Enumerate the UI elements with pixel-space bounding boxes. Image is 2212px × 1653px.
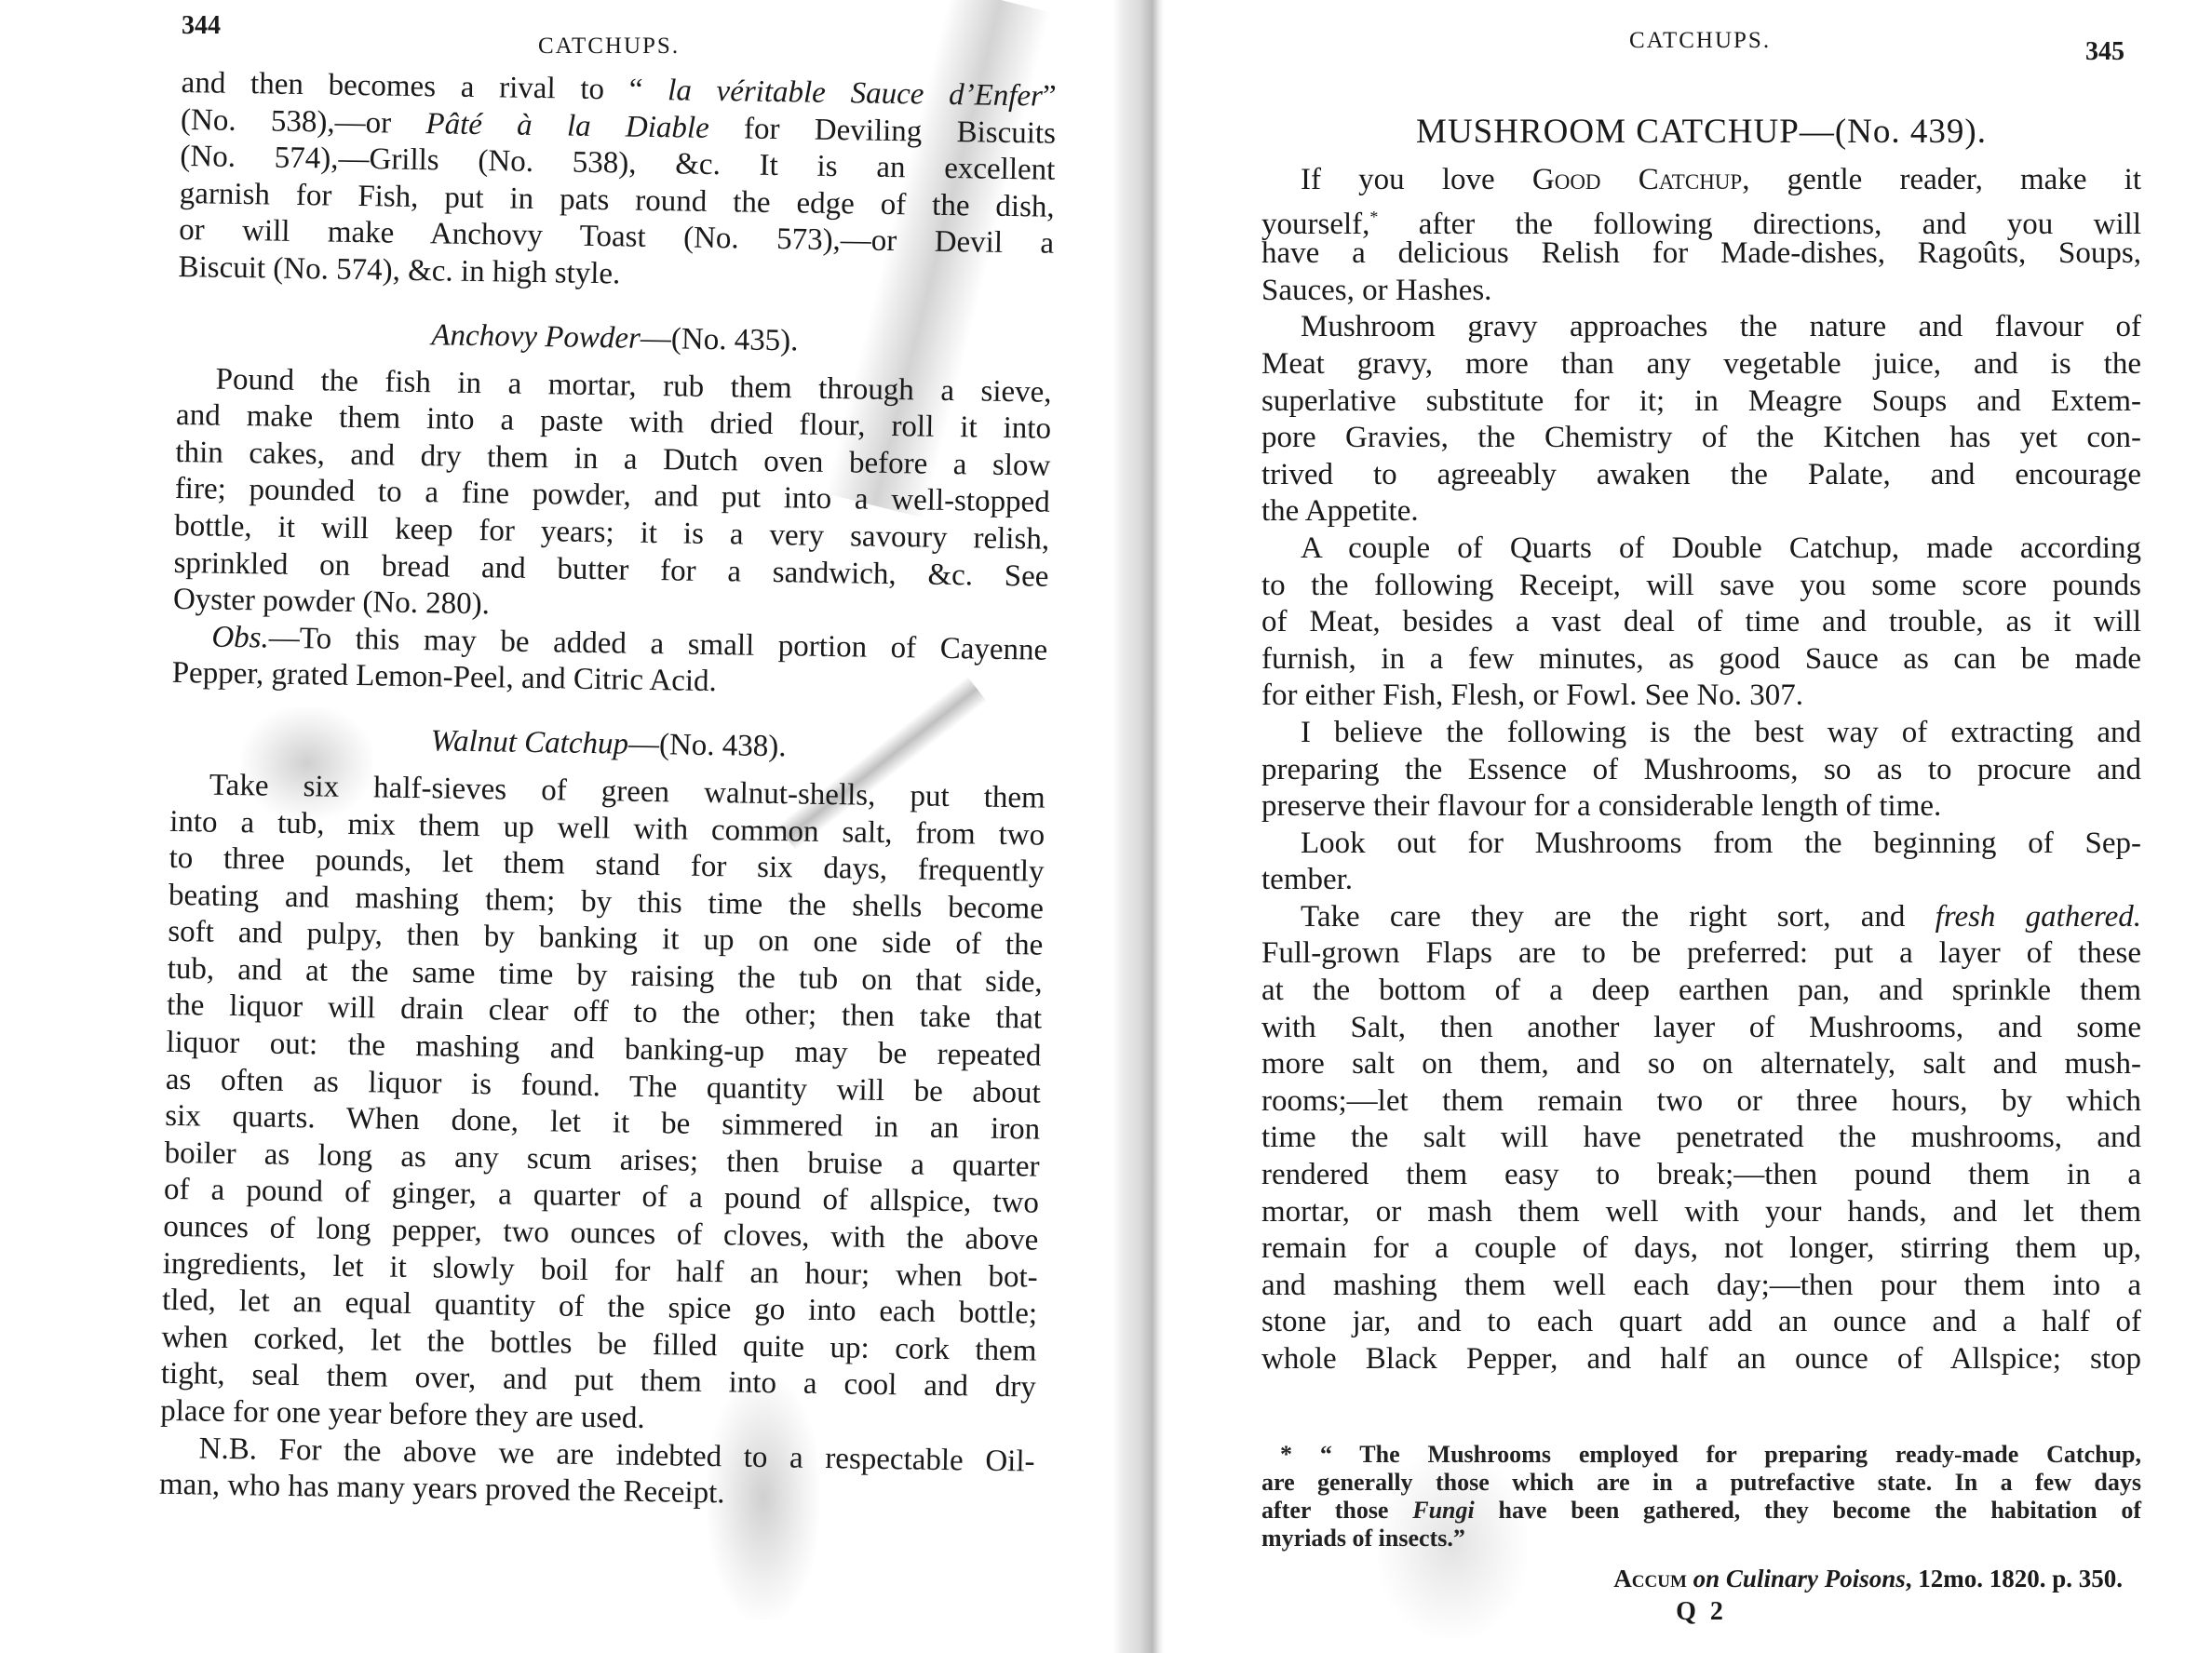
footnote-line: myriads of insects.” <box>1261 1525 2141 1552</box>
text-line: at the bottom of a deep earthen pan, and… <box>1261 973 2141 1010</box>
text-line: I believe the following is the best way … <box>1261 715 2141 752</box>
walnut-catchup-text: Take six half-sieves of green walnut-she… <box>160 767 1045 1444</box>
footnote: * “ The Mushrooms employed for preparing… <box>1261 1441 2141 1627</box>
text-line: Mushroom gravy approaches the nature and… <box>1261 309 2141 346</box>
text-line: furnish, in a few minutes, as good Sauce… <box>1261 641 2141 679</box>
page-number-left: 344 <box>182 11 221 41</box>
text-line: preparing the Essence of Mushrooms, so a… <box>1261 752 2141 789</box>
styled-text: fresh gathered. <box>1935 900 2141 934</box>
signature-mark: Q 2 <box>1261 1597 2141 1627</box>
text-line: remain for a couple of days, not longer,… <box>1261 1230 2141 1268</box>
text-line: Take care they are the right sort, and f… <box>1261 899 2141 936</box>
heading-number: —(No. 435). <box>641 321 799 357</box>
text-line: with Salt, then another layer of Mushroo… <box>1261 1010 2141 1047</box>
text-line: mortar, or mash them well with your hand… <box>1261 1194 2141 1231</box>
text-line: If you love Good Catchup, gentle reader,… <box>1261 162 2141 199</box>
obs-label: Obs. <box>211 620 269 654</box>
recipe-title: MUSHROOM CATCHUP—(No. 439). <box>1261 110 2141 155</box>
footnote-line: after those Fungi have been gathered, th… <box>1261 1497 2141 1525</box>
text-line: tember. <box>1261 862 2141 899</box>
section-heading-anchovy-powder: Anchovy Powder—(No. 435). <box>177 311 1053 366</box>
section-heading-walnut-catchup: Walnut Catchup—(No. 438). <box>170 717 1046 772</box>
heading-title: Walnut Catchup <box>430 724 628 760</box>
paragraph: I believe the following is the best way … <box>1261 715 2141 826</box>
text-line: to the following Receipt, will save you … <box>1261 568 2141 605</box>
text-line: yourself,* after the following direction… <box>1261 199 2141 236</box>
citation-author: Accum <box>1613 1565 1687 1593</box>
footnote-line: are generally those which are in a putre… <box>1261 1469 2141 1497</box>
running-head-left: CATCHUPS. <box>538 34 680 60</box>
paragraph: Mushroom gravy approaches the nature and… <box>1261 309 2141 531</box>
page-number-right: 345 <box>2085 37 2124 67</box>
running-head-right: CATCHUPS. <box>1629 28 1771 54</box>
text-line: Look out for Mushrooms from the beginnin… <box>1261 826 2141 863</box>
text-line: A couple of Quarts of Double Catchup, ma… <box>1261 531 2141 568</box>
text-line: preserve their flavour for a considerabl… <box>1261 788 2141 826</box>
styled-text: Fungi <box>1412 1497 1475 1524</box>
footnote-marker: * <box>1369 208 1378 226</box>
nb-note: N.B. For the above we are indebted to a … <box>159 1430 1035 1517</box>
text-line: for either Fish, Flesh, or Fowl. See No.… <box>1261 678 2141 715</box>
text-line: stone jar, and to each quart add an ounc… <box>1261 1304 2141 1341</box>
paragraph: Look out for Mushrooms from the beginnin… <box>1261 826 2141 899</box>
text-line: and mashing them well each day;—then pou… <box>1261 1268 2141 1305</box>
text-line: more salt on them, and so on alternately… <box>1261 1046 2141 1083</box>
heading-title: Anchovy Powder <box>431 318 641 356</box>
text-line: have a delicious Relish for Made-dishes,… <box>1261 235 2141 273</box>
text-line: time the salt will have penetrated the m… <box>1261 1120 2141 1157</box>
left-page-body: and then becomes a rival to “ la véritab… <box>159 65 1057 1517</box>
paragraph: Take care they are the right sort, and f… <box>1261 899 2141 1378</box>
anchovy-powder-text: Pound the fish in a mortar, rub them thr… <box>173 361 1052 633</box>
styled-text: la véritable Sauce d’Enfer <box>668 74 1043 113</box>
right-page-body: MUSHROOM CATCHUP—(No. 439). If you love … <box>1261 110 2141 1378</box>
text-line: of Meat, besides a vast deal of time and… <box>1261 604 2141 641</box>
paragraph: A couple of Quarts of Double Catchup, ma… <box>1261 531 2141 715</box>
text-line: Full-grown Flaps are to be preferred: pu… <box>1261 935 2141 973</box>
text-line: whole Black Pepper, and half an ounce of… <box>1261 1341 2141 1378</box>
right-page: CATCHUPS. 345 MUSHROOM CATCHUP—(No. 439)… <box>1154 0 2212 1653</box>
footnote-text: * “ The Mushrooms employed for preparing… <box>1261 1441 2141 1552</box>
heading-number: —(No. 438). <box>628 728 787 764</box>
mushroom-catchup-text: If you love Good Catchup, gentle reader,… <box>1261 162 2141 1378</box>
text-line: superlative substitute for it; in Meagre… <box>1261 383 2141 421</box>
continuation-text: and then becomes a rival to “ la véritab… <box>178 65 1057 300</box>
styled-text: Pâté à la Diable <box>425 107 709 145</box>
text-line: trived to agreeably awaken the Palate, a… <box>1261 457 2141 494</box>
text-line: the Appetite. <box>1261 493 2141 531</box>
styled-text: Good Catchup <box>1532 163 1742 196</box>
text-line: rendered them easy to break;—then pound … <box>1261 1157 2141 1194</box>
paragraph: If you love Good Catchup, gentle reader,… <box>1261 162 2141 309</box>
citation-work: on Culinary Poisons <box>1687 1565 1906 1593</box>
footnote-line: * “ The Mushrooms employed for preparing… <box>1261 1441 2141 1469</box>
footnote-citation: Accum on Culinary Poisons, 12mo. 1820. p… <box>1261 1560 2141 1597</box>
text-line: rooms;—let them remain two or three hour… <box>1261 1083 2141 1121</box>
text-line: Meat gravy, more than any vegetable juic… <box>1261 346 2141 383</box>
text-line: pore Gravies, the Chemistry of the Kitch… <box>1261 420 2141 457</box>
left-page: 344 CATCHUPS. and then becomes a rival t… <box>0 0 1117 1653</box>
text-line: Sauces, or Hashes. <box>1261 273 2141 310</box>
citation-details: , 12mo. 1820. p. 350. <box>1906 1565 2123 1593</box>
